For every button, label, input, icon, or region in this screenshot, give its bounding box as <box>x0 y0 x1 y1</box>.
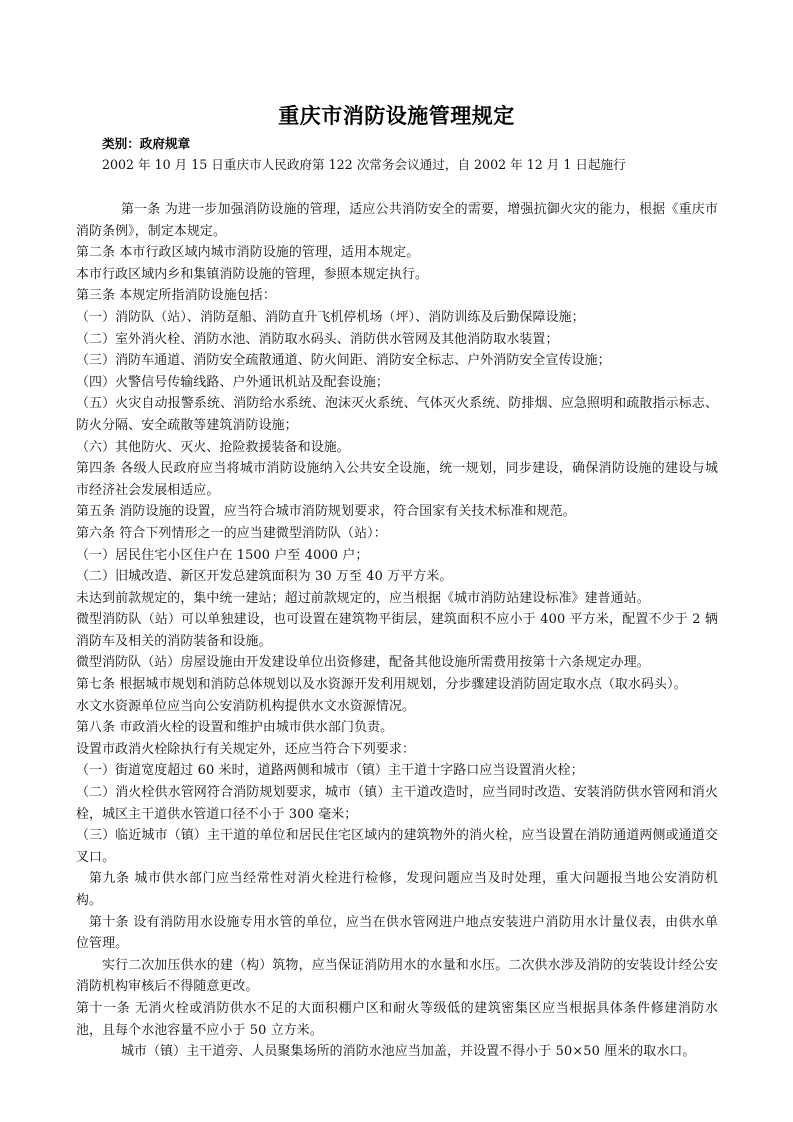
article-10-clause: 实行二次加压供水的建（构）筑物，应当保证消防用水的水量和水压。二次供水涉及消防的… <box>76 955 718 998</box>
article-3-item-4: （四）火警信号传输线路、户外通讯机站及配套设施； <box>76 372 718 394</box>
document-category: 类别：政府规章 <box>102 134 190 154</box>
article-6: 第六条 符合下列情形之一的应当建微型消防队（站）： <box>76 523 718 545</box>
article-1: 第一条 为进一步加强消防设施的管理，适应公共消防安全的需要，增强抗御火灾的能力，… <box>76 199 718 242</box>
article-2: 第二条 本市行政区域内城市消防设施的管理，适用本规定。 <box>76 242 718 264</box>
article-8: 第八条 市政消火栓的设置和维护由城市供水部门负责。 <box>76 717 718 739</box>
article-6-item-1: （一）居民住宅小区住户在 1500 户至 4000 户； <box>76 545 718 567</box>
article-7-clause: 水文水资源单位应当向公安消防机构提供水文水资源情况。 <box>76 696 718 718</box>
document-title: 重庆市消防设施管理规定 <box>0 101 793 131</box>
article-3-item-1: （一）消防队（站）、消防趸船、消防直升飞机停机场（坪）、消防训练及后勤保障设施； <box>76 307 718 329</box>
article-5: 第五条 消防设施的设置，应当符合城市消防规划要求，符合国家有关技术标准和规范。 <box>76 501 718 523</box>
article-8-clause: 设置市政消火栓除执行有关规定外，还应当符合下列要求： <box>76 739 718 761</box>
document-body: 第一条 为进一步加强消防设施的管理，适应公共消防安全的需要，增强抗御火灾的能力，… <box>76 199 718 1063</box>
article-6-clause-4: 微型消防队（站）房屋设施由开发建设单位出资修建，配备其他设施所需费用按第十六条规… <box>76 652 718 674</box>
article-7: 第七条 根据城市规划和消防总体规划以及水资源开发利用规划，分步骤建设消防固定取水… <box>76 674 718 696</box>
article-8-item-3: （三）临近城市（镇）主干道的单位和居民住宅区域内的建筑物外的消火栓，应当设置在消… <box>76 825 718 868</box>
article-11-clause: 城市（镇）主干道旁、人员聚集场所的消防水池应当加盖，并设置不得小于 50×50 … <box>76 1041 718 1063</box>
article-2-clause: 本市行政区域内乡和集镇消防设施的管理，参照本规定执行。 <box>76 264 718 286</box>
article-3-item-6: （六）其他防火、灭火、抢险救援装备和设施。 <box>76 437 718 459</box>
article-3-item-2: （二）室外消火栓、消防水池、消防取水码头、消防供水管网及其他消防取水装置； <box>76 329 718 351</box>
article-3-item-3: （三）消防车通道、消防安全疏散通道、防火间距、消防安全标志、户外消防安全宣传设施… <box>76 350 718 372</box>
article-11: 第十一条 无消火栓或消防供水不足的大面积棚户区和耐火等级低的建筑密集区应当根据具… <box>76 998 718 1041</box>
article-6-clause-2: 未达到前款规定的，集中统一建站；超过前款规定的，应当根据《城市消防站建设标准》建… <box>76 588 718 610</box>
article-9: 第九条 城市供水部门应当经常性对消火栓进行检修，发现问题应当及时处理，重大问题报… <box>76 868 718 911</box>
article-8-item-1: （一）街道宽度超过 60 米时，道路两侧和城市（镇）主干道十字路口应当设置消火栓… <box>76 760 718 782</box>
article-4: 第四条 各级人民政府应当将城市消防设施纳入公共安全设施，统一规划，同步建设，确保… <box>76 458 718 501</box>
article-3: 第三条 本规定所指消防设施包括： <box>76 285 718 307</box>
document-page: 重庆市消防设施管理规定 类别：政府规章 2002 年 10 月 15 日重庆市人… <box>0 0 793 1122</box>
adoption-info: 2002 年 10 月 15 日重庆市人民政府第 122 次常务会议通过，自 2… <box>102 155 626 175</box>
article-3-item-5: （五）火灾自动报警系统、消防给水系统、泡沫灭火系统、气体灭火系统、防排烟、应急照… <box>76 393 718 436</box>
article-8-item-2: （二）消火栓供水管网符合消防规划要求，城市（镇）主干道改造时，应当同时改造、安装… <box>76 782 718 825</box>
article-6-item-2: （二）旧城改造、新区开发总建筑面积为 30 万至 40 万平方米。 <box>76 566 718 588</box>
article-6-clause-3: 微型消防队（站）可以单独建设，也可设置在建筑物平街层，建筑面积不应小于 400 … <box>76 609 718 652</box>
article-10: 第十条 设有消防用水设施专用水管的单位，应当在供水管网进户地点安装进户消防用水计… <box>76 912 718 955</box>
